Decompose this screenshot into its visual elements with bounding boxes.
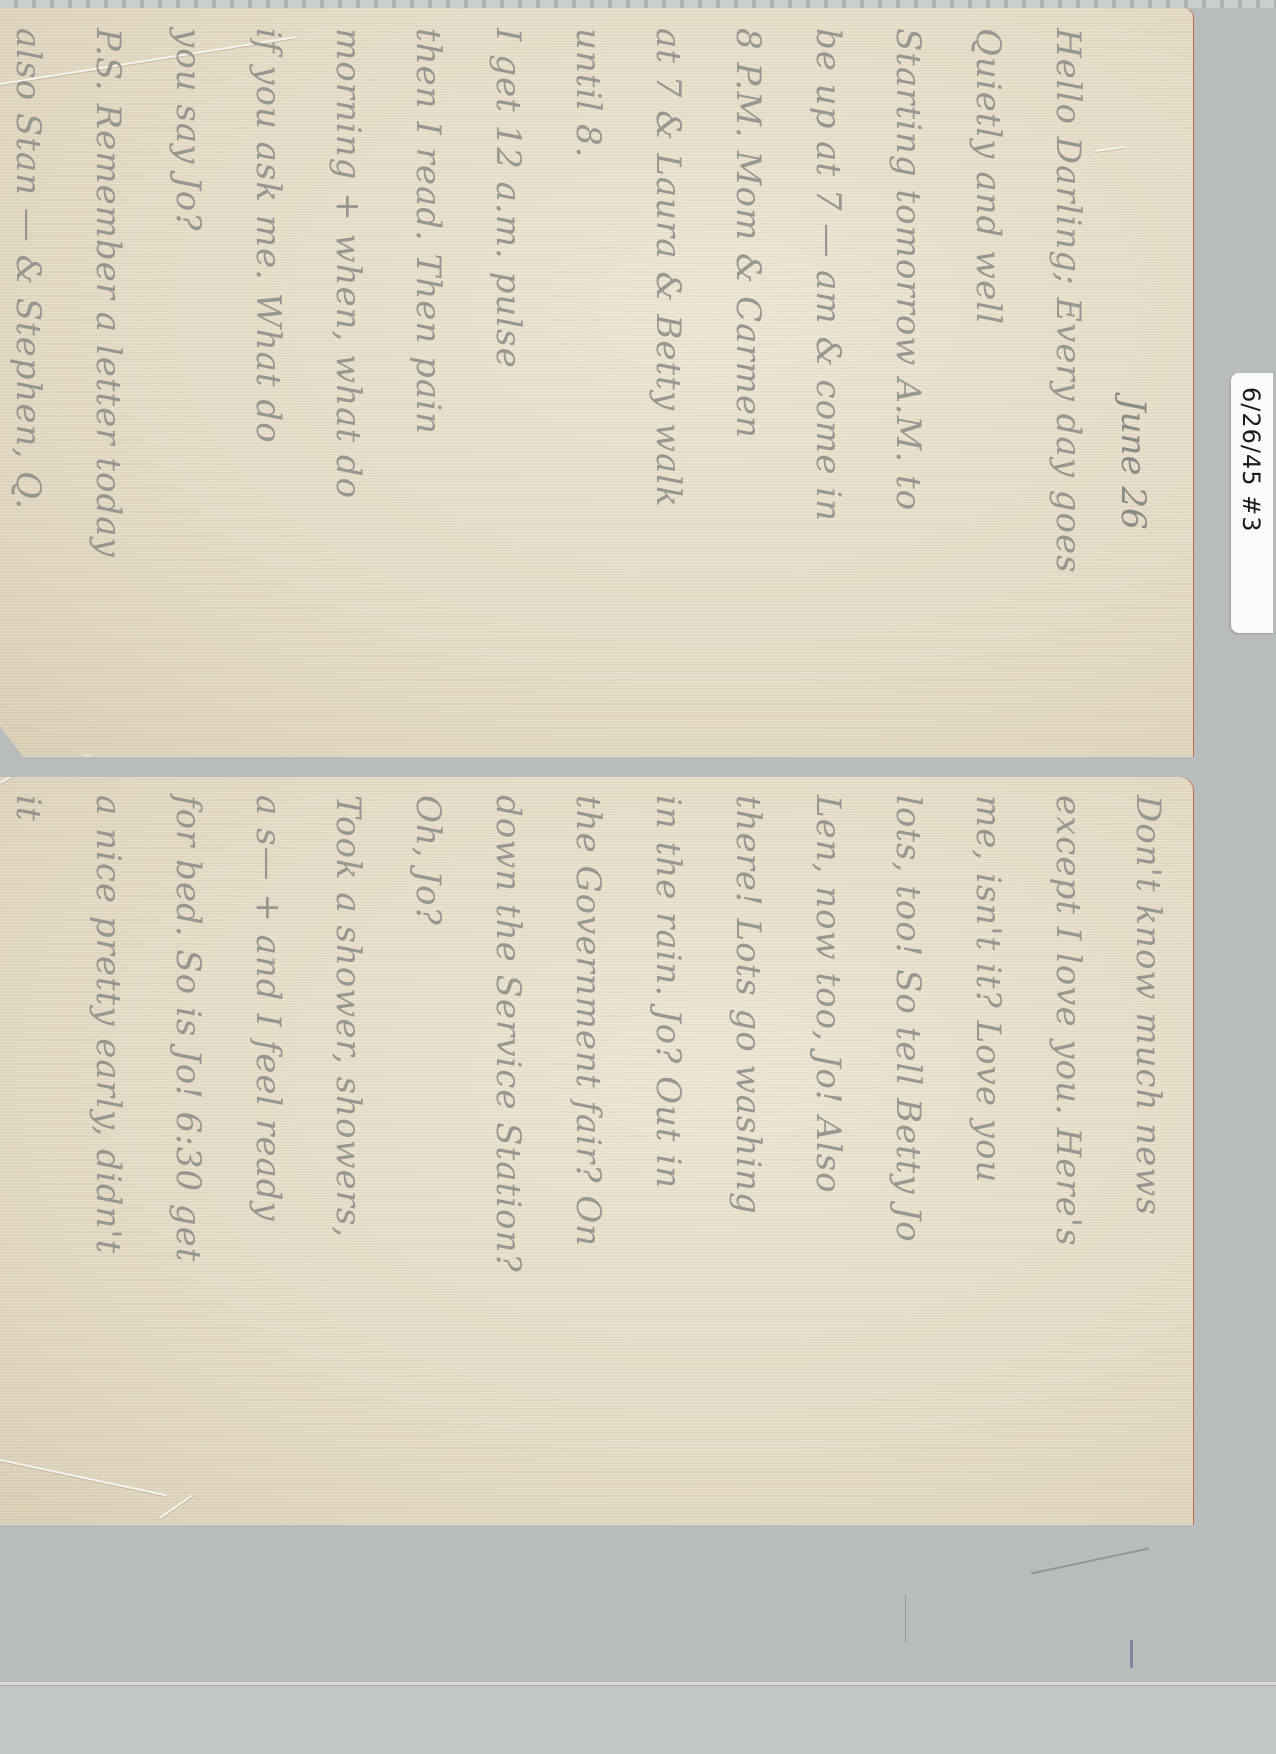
letter-lines-top: Hello Darling; Every day goes Quietly an… [0, 8, 1103, 757]
letter-line: then I read. Then pain [393, 28, 463, 757]
letter-line: I get 12 a.m. pulse [473, 28, 543, 757]
letter-line: Len, now too, Jo! Also [793, 795, 863, 1525]
archive-label-tag: 6/26/45 #3 [1231, 373, 1273, 633]
letter-lines-bottom: Don't know much news except I love you. … [0, 777, 1183, 1525]
letter-line: for bed. So is Jo! 6:30 get [153, 795, 223, 1525]
letter-line: there! Lots go washing [713, 795, 783, 1525]
sleeve-lower-area [0, 1686, 1276, 1754]
letter-line: be up at 7 — am & come in [793, 28, 863, 757]
letter-line: Oh, Jo? [393, 795, 463, 1525]
letter-line: also Stan — & Stephen, Q. [0, 28, 63, 757]
letter-line: until 8. [553, 28, 623, 757]
letter-line: Hello Darling; Every day goes [1033, 28, 1103, 757]
letter-sheet-top: June 26 Hello Darling; Every day goes Qu… [0, 8, 1193, 757]
letter-sheet-bottom: Don't know much news except I love you. … [0, 777, 1193, 1525]
letter-line: a nice pretty early, didn't [73, 795, 143, 1525]
letter-line: the Government fair? On [553, 795, 623, 1525]
dust-fiber [1130, 1640, 1133, 1668]
letter-line: a s— + and I feel ready [233, 795, 303, 1525]
dust-fiber [1031, 1548, 1149, 1575]
letter-line: Quietly and well [953, 28, 1023, 757]
dust-fiber [905, 1595, 906, 1643]
letter-line: if you ask me. What do [233, 28, 303, 757]
letter-line: P.S. Remember a letter today [73, 28, 143, 757]
letter-line: 8 P.M. Mom & Carmen [713, 28, 783, 757]
letter-line: Starting tomorrow A.M. to [873, 28, 943, 757]
letter-line: you say Jo? [153, 28, 223, 757]
sleeve-top-edge [0, 0, 1276, 8]
letter-line: me, isn't it? Love you [953, 795, 1023, 1525]
letter-line: in the rain. Jo? Out in [633, 795, 703, 1525]
letter-line: lots, too! So tell Betty Jo [873, 795, 943, 1525]
letter-line: Took a shower, showers, [313, 795, 383, 1525]
letter-line: it [0, 795, 63, 1525]
letter-line: down the Service Station? [473, 795, 543, 1525]
letter-line: at 7 & Laura & Betty walk [633, 28, 703, 757]
archive-label-text: 6/26/45 #3 [1237, 387, 1265, 533]
letter-date: June 26 [1113, 398, 1153, 530]
letter-line: morning + when, what do [313, 28, 383, 757]
letter-line: except I love you. Here's [1033, 795, 1103, 1525]
letter-line: Don't know much news [1113, 795, 1183, 1525]
